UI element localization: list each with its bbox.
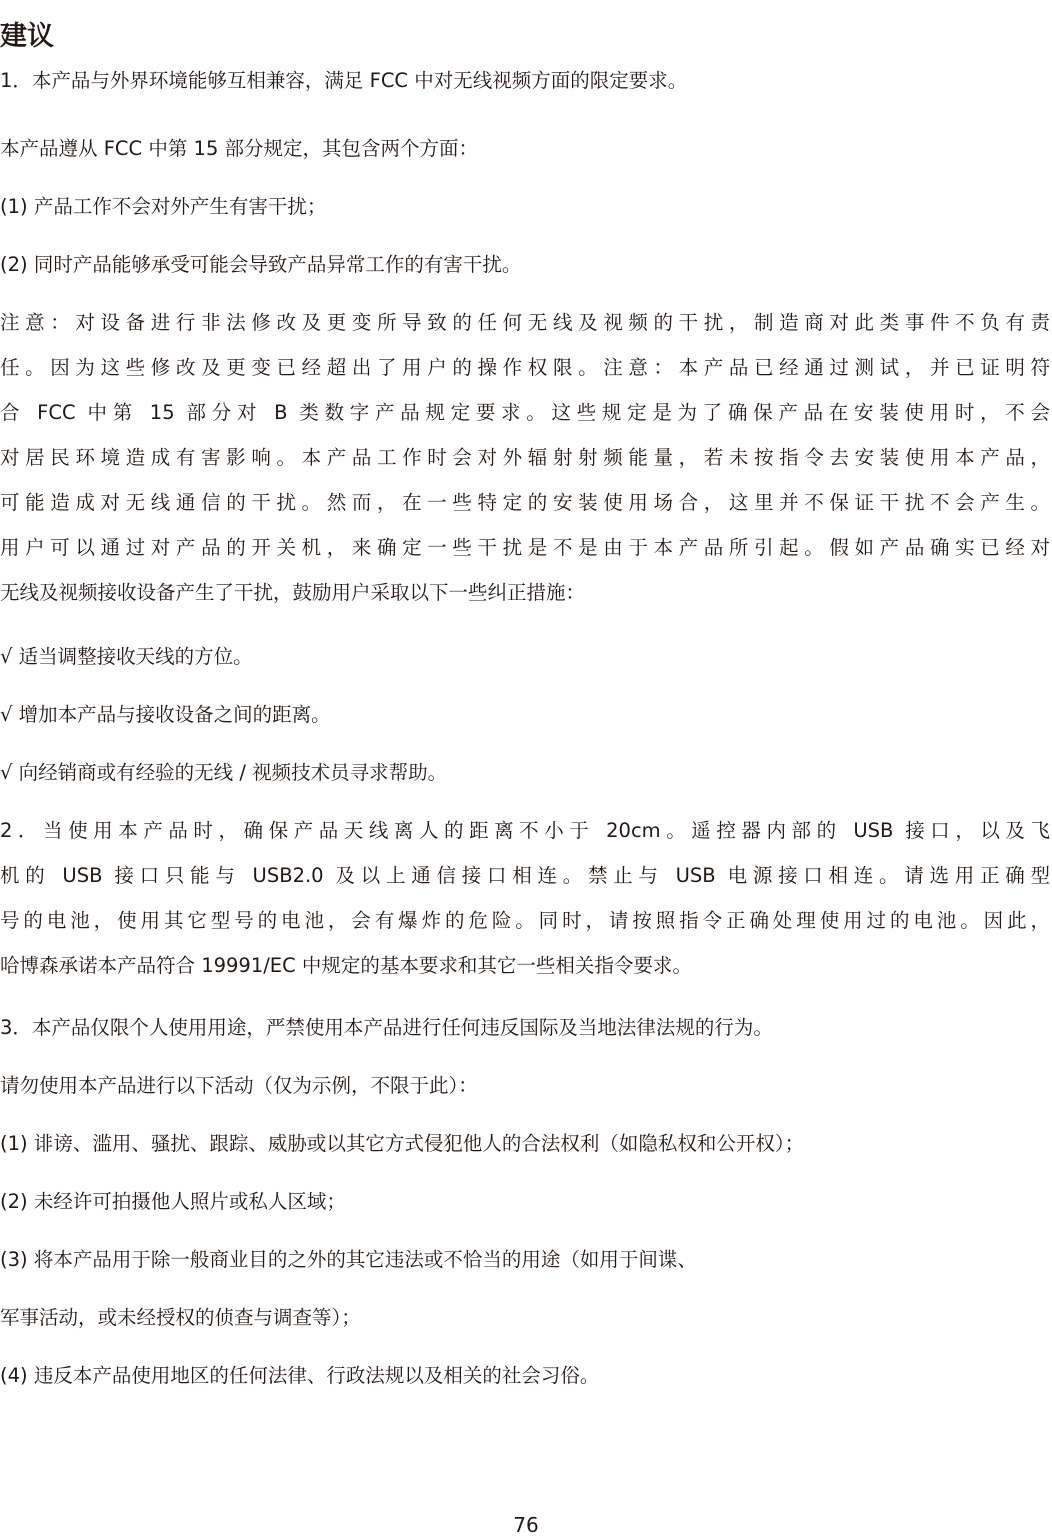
section-1-intro: 本产品遵从 FCC 中第 15 部分规定，其包含两个方面： [0,136,478,162]
measure-item: √ 增加本产品与接收设备之间的距离。 [0,702,331,728]
section-2-line: 2．当使用本产品时，确保产品天线离人的距离不小于 20cm。遥控器内部的 USB… [0,818,1050,844]
notice-line: 任。因为这些修改及更变已经超出了用户的操作权限。注意：本产品已经通过测试，并已证… [0,355,1050,381]
measure-item: √ 适当调整接收天线的方位。 [0,644,253,670]
notice-line: 对居民环境造成有害影响。本产品工作时会对外辐射射频能量，若未按指令去安装使用本产… [0,445,1050,471]
section-2-line: 哈博森承诺本产品符合 19991/EC 中规定的基本要求和其它一些相关指令要求。 [0,953,692,979]
page-number: 76 [0,1512,1052,1536]
measure-item: √ 向经销商或有经验的无线 / 视频技术员寻求帮助。 [0,760,447,786]
notice-line: 可能造成对无线通信的干扰。然而，在一些特定的安装使用场合，这里并不保证干扰不会产… [0,490,1050,516]
section-1-title: 1．本产品与外界环境能够互相兼容，满足 FCC 中对无线视频方面的限定要求。 [0,68,687,94]
section-3-item: (3) 将本产品用于除一般商业目的之外的其它违法或不恰当的用途（如用于间谍、 [0,1247,697,1273]
section-3-title: 3．本产品仅限个人使用用途，严禁使用本产品进行任何违反国际及当地法律法规的行为。 [0,1015,773,1041]
section-3-item: (4) 违反本产品使用地区的任何法律、行政法规以及相关的社会习俗。 [0,1363,599,1389]
notice-line: 注意：对设备进行非法修改及更变所导致的任何无线及视频的干扰，制造商对此类事件不负… [0,310,1050,336]
section-3-item: (2) 未经许可拍摄他人照片或私人区域； [0,1189,346,1215]
section-1-item-1: (1) 产品工作不会对外产生有害干扰； [0,194,326,220]
section-2-line: 机的 USB 接口只能与 USB2.0 及以上通信接口相连。禁止与 USB 电源… [0,863,1050,889]
section-heading: 建议 [0,20,54,54]
notice-line: 无线及视频接收设备产生了干扰，鼓励用户采取以下一些纠正措施： [0,580,585,606]
notice-line: 用户可以通过对产品的开关机，来确定一些干扰是不是由于本产品所引起。假如产品确实已… [0,535,1050,561]
section-1-item-2: (2) 同时产品能够承受可能会导致产品异常工作的有害干扰。 [0,252,521,278]
section-3-item: (1) 诽谤、滥用、骚扰、跟踪、威胁或以其它方式侵犯他人的合法权利（如隐私权和公… [0,1131,804,1157]
notice-line: 合 FCC 中第 15 部分对 B 类数字产品规定要求。这些规定是为了确保产品在… [0,400,1050,426]
section-3-intro: 请勿使用本产品进行以下活动（仅为示例，不限于此）： [0,1073,478,1099]
section-2-line: 号的电池，使用其它型号的电池，会有爆炸的危险。同时，请按照指令正确处理使用过的电… [0,908,1050,934]
section-3-item-continued: 军事活动，或未经授权的侦查与调查等）； [0,1305,361,1331]
